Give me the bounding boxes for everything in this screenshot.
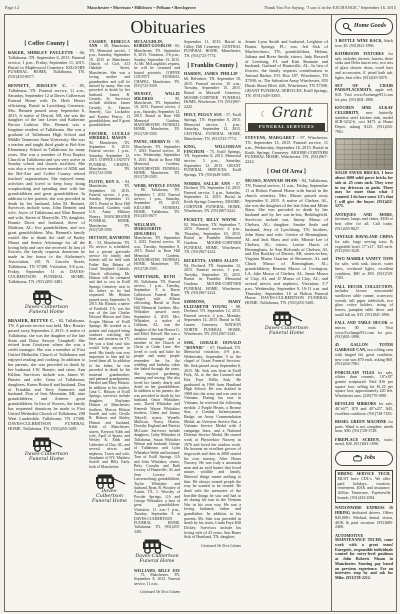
obituary-text: - 82, Winchester, TN. September 7, 2015.… — [184, 217, 241, 254]
obituary-text: - 92, Manchester, TN. September 8, 2015.… — [89, 136, 130, 175]
horse-drawn-hearse-illustration — [270, 310, 304, 326]
obituary-column-2: CASSIDY, REBECCA ANN - 68, Manchester, T… — [89, 40, 130, 609]
funeral-home-logo-caption: Funeral Home — [89, 499, 130, 504]
classified-ad: FIREPLACE SCREEN, rustic metal, $20. (93… — [335, 438, 393, 447]
obituary-entry: MUSSO, HANNAH SHAW - 84, Tullahoma, TN. … — [245, 179, 328, 306]
classified-ad: 45 GALLON TOTER GARBAGE CAN, two rolling… — [335, 343, 393, 367]
obituary-text: - 84, Tullahoma, TN. Funeral service, 11… — [245, 178, 328, 305]
classified-ad: TWO MARBLE VANITY TOPS for sale, with si… — [335, 257, 393, 281]
classified-ad-text: includes brown microsuede sunflower tabl… — [335, 288, 393, 317]
obituary-entry: September 11, 2015. Burial in Gilley Hil… — [184, 40, 241, 59]
obituary-name: WILLIAMS, BILLY JOE — [134, 569, 180, 573]
obituary-entry: WEBB, MYRTLE EVANS - 88, Tullahoma, TN. … — [134, 184, 180, 219]
swan-icon: ☾ — [260, 110, 267, 119]
obituary-entry: STEVENS, MARGARET - 97, Winchester, TN. … — [245, 136, 328, 165]
obituary-entry: Jennie Lynn Smith and husband, Leighton … — [245, 40, 328, 99]
classified-ad: PORCELAIN TILES for sale, whiter than ce… — [335, 371, 393, 399]
obituary-text: - 57, Estill Springs, TN. September 8, 2… — [184, 112, 241, 140]
grant-funeral-services-logo: ☾ GrantFUNERAL SERVICES — [245, 103, 328, 132]
obituary-text: - 75, Manchester, TN. September 8, 2015.… — [134, 573, 180, 586]
obituary-columns: [ Coffee County ]BAKER, SHIRLEY PAULETTE… — [8, 40, 328, 609]
funeral-home-logo-caption: Funeral Home — [8, 310, 85, 315]
classified-ad-text: for sale, with sink, faucet, water lines… — [335, 261, 393, 280]
obituaries-area: Obituaries [ Coffee County ]BAKER, SHIRL… — [5, 15, 331, 611]
obituary-text: - 90, Tullahoma, TN. Funeral service, 1 … — [134, 275, 180, 534]
obituary-text: - 86, Manchester, TN. September 3, 2015.… — [134, 232, 180, 271]
page-number: Page 12 — [5, 5, 19, 10]
obituary-entry: HITTSON, RAYMOND E. - 53, Manchester, TN… — [89, 236, 130, 469]
classified-ad: NATIONWIDE EXPRESS IS HIRING dedicated d… — [335, 506, 393, 530]
horse-drawn-hearse-illustration — [93, 473, 127, 489]
county-section-header: [ Out Of Area ] — [245, 169, 328, 176]
page-title: Obituaries — [8, 16, 328, 38]
obituary-text: Jennie Lynn Smith and husband, Leighton … — [245, 40, 328, 98]
classified-ad: HIRING SERVICE TECH, MUST have CDL's. We… — [335, 470, 393, 503]
obituary-entry: WHITTAKER, RUTH - 90, Tullahoma, TN. Fun… — [134, 275, 180, 534]
masthead-slogan: Thank You For Saying, "I saw it in the E… — [264, 5, 396, 10]
obituary-text: - 75, Estill Springs, TN. September 8, 2… — [184, 149, 241, 177]
obituary-entry: BENNETT, JEROLYN C. - 85, Tullahoma, TN.… — [8, 84, 85, 285]
content-frame: Obituaries [ Coffee County ]BAKER, SHIRL… — [4, 14, 397, 612]
obituary-name: PAYNE, SHERRY D. — [134, 140, 173, 144]
funeral-home-logo-caption: Funeral Home — [245, 331, 328, 336]
obituary-text: September 11, 2015. Burial in Gilley Hil… — [184, 40, 241, 58]
obituary-text: - 97, Winchester, TN. September 13, 2015… — [245, 135, 328, 164]
obituary-entry: KING, WILLODEAN FINCHUM - 75, Estill Spr… — [184, 145, 241, 177]
obituary-text: - 65, Manchester, TN. September 8, 2015.… — [134, 44, 180, 88]
classified-ad: SOLID PAVER BRICKS, I have about 1600 so… — [335, 138, 393, 209]
obituary-text: - 53, Manchester, TN. No service is sche… — [89, 241, 130, 469]
obituary-text: - 98, Manchester, TN. September 10, 2015… — [134, 97, 180, 136]
obituary-entry: WELLMAN, MARGUERITE (DOLORES) - 86, Manc… — [134, 223, 180, 271]
obituary-column-1: [ Coffee County ]BAKER, SHIRLEY PAULETTE… — [8, 40, 85, 609]
obituary-name: WEBB, MYRTLE EVANS — [134, 184, 180, 188]
daves-culbertson-logo: Daves-CulbertsonFuneral Home — [8, 436, 85, 462]
obituary-text: - 66, Belvidere, TN. September 10, 2015.… — [184, 71, 241, 108]
classified-ad: SET OF 4 CHAIR PADS/PLACEMATS, apple red… — [335, 84, 393, 103]
obituary-entry: BAKER, SHIRLEY PAULETTE - 66, Tullahoma,… — [8, 51, 85, 80]
classified-ad: 3 BOTTLE WINE RACK, black iron, $5. (931… — [335, 39, 393, 48]
obituary-name: WHITTAKER, RUTH — [134, 275, 179, 279]
county-section-header: [ Franklin County ] — [184, 63, 241, 70]
obituary-text: - 82, Tullahoma, TN. A private service w… — [8, 318, 85, 431]
briefcase-icon — [353, 454, 362, 462]
classified-ad-text: furniture, lamps and chairs, $100 or bes… — [335, 216, 393, 230]
paver-bricks-photo — [335, 138, 393, 170]
classified-ad-text: for sale, large serving trays & vegetabl… — [335, 239, 393, 253]
funeral-home-logo-caption: Daves-Culbertson — [89, 489, 130, 499]
classified-ad: BISSEL GREEN MACHINE for parts. Wand is … — [335, 420, 393, 434]
home-goods-label: Home Goods — [354, 23, 386, 30]
daves-culbertson-logo: Daves-CulbertsonFuneral Home — [245, 310, 328, 336]
obituary-text: - 59, Manchester, TN. September 7, 2015.… — [134, 140, 180, 179]
obituary-column-5: Jennie Lynn Smith and husband, Leighton … — [245, 40, 328, 609]
jobs-label: Jobs — [364, 455, 375, 462]
classified-ad: AUTOMOTIVE MAINTENANCE TECHS, come work … — [335, 534, 393, 581]
grant-logo-banner: FUNERAL SERVICES — [248, 123, 325, 131]
obituary-entry: CASSIDY, REBECCA ANN - 68, Manchester, T… — [89, 40, 130, 128]
obituary-text: - 85, Tullahoma, TN. Funeral service, 11… — [8, 83, 85, 284]
obituary-text: - 94, Manchester, TN. September 10, 2015… — [89, 180, 130, 232]
obituary-column-3: MCLAUGHLIN, ROBERT GOODLOE - 65, Manches… — [134, 40, 180, 609]
classified-ad-text: for sale, whiter than ceramic, 18"x18" g… — [335, 370, 393, 399]
masthead: Page 12 Manchester • Morrison • Hillsbor… — [5, 2, 396, 12]
daves-culbertson-logo: Daves-CulbertsonFuneral Home — [89, 473, 130, 505]
obituary-entry: FISCHER, LUCILLE SHERRILL MASON - 92, Ma… — [89, 132, 130, 176]
obituary-entry: MCLAUGHLIN, ROBERT GOODLOE - 65, Manches… — [134, 40, 180, 88]
classified-ad: VINTAGE HAVALAND CHINA for sale, large s… — [335, 235, 393, 254]
classified-ad: KITCHEN SINK ELKAY CELEBRITY, new butter… — [335, 106, 393, 134]
newspaper-page: Page 12 Manchester • Morrison • Hillsbor… — [0, 0, 400, 614]
continued-on-next-column-note: Continued On Next Column — [134, 590, 180, 594]
obituary-name: WELLMAN, MARGUERITE (DOLORES) — [134, 223, 165, 236]
classified-ad-text: I have about 1600 solid paver bricks for… — [335, 170, 393, 208]
daves-culbertson-logo: Daves-CulbertsonFuneral Home — [134, 538, 180, 564]
classified-ad: FALL DECOR COLLECTION, includes brown mi… — [335, 285, 393, 318]
obituary-entry: MUNSEY, WILLIE MILDRED - 98, Manchester,… — [134, 92, 180, 136]
classified-ad: BEVELED MIRRORS for sale, 46"x67", $70 a… — [335, 402, 393, 416]
obituary-name: FISCHER, LUCILLE SHERRILL MASON — [89, 132, 130, 140]
classified-ad-text: come work with a great team! Energetic, … — [335, 537, 393, 580]
classifieds-sidebar: Home Goods 3 BOTTLE WINE RACK, black iro… — [331, 15, 396, 611]
obituary-entry: NORRIS, SALLIE ANN - 87, Decherd, TN. Se… — [184, 182, 241, 214]
home-goods-ads: 3 BOTTLE WINE RACK, black iron, $5. (931… — [335, 39, 393, 447]
obituary-entry: HARDIN, JAMES PHILLIP - 66, Belvidere, T… — [184, 72, 241, 109]
funeral-home-logo-caption: Funeral Home — [134, 559, 180, 564]
obituary-text: - 88, Decherd, TN. September 12, 2015. F… — [184, 304, 241, 337]
classified-ad-text: MUST have CDL's. We offer paid holidays,… — [338, 476, 391, 500]
horse-drawn-hearse-illustration — [140, 538, 174, 554]
classified-ad-lead: AUTOMOTIVE MAINTENANCE TECHS, — [335, 533, 384, 543]
obituary-entry: BRASIER, BETTYE C. - 82, Tullahoma, TN. … — [8, 319, 85, 431]
obituary-text: - 87, Decherd, TN. September 10, 2015. F… — [184, 181, 241, 214]
obituary-name: FLOYD, ROY E. — [89, 180, 122, 184]
daves-culbertson-logo: Daves-CulbertsonFuneral Home — [8, 289, 85, 315]
jobs-badge: Jobs — [335, 451, 393, 466]
classified-ad: FALL AND TABLE DECOR or mirror, $5 each.… — [335, 321, 393, 340]
jobs-ads: HIRING SERVICE TECH, MUST have CDL's. We… — [335, 470, 393, 581]
obituary-text: - 66, Tullahoma, TN. September 6, 2015. … — [8, 50, 85, 79]
continued-on-next-column-note: Continued On Next Column — [184, 544, 241, 548]
obituary-entry: HOLT, PEGGY SUE - 57, Estill Springs, TN… — [184, 113, 241, 141]
obituary-entry: SISK, GERALD DONALD "DONNIE" - 67, Huntl… — [184, 341, 241, 540]
classified-ad-text: for sale, includes shower, faucets, thre… — [335, 51, 393, 80]
funeral-home-logo-caption: Funeral Home — [8, 457, 85, 462]
obituary-entry: PAYNE, SHERRY D. - 59, Manchester, TN. S… — [134, 140, 180, 180]
obituary-name: MCLAUGHLIN, ROBERT GOODLOE — [134, 40, 173, 48]
horse-drawn-hearse-illustration — [30, 436, 64, 452]
horse-drawn-hearse-illustration — [30, 289, 64, 305]
obituary-entry: PICKETT, BILLY WAYNE - 82, Winchester, T… — [184, 218, 241, 255]
classified-ad: BATHROOM FIXTURES for sale, includes sho… — [335, 52, 393, 80]
masthead-region: Manchester • Morrison • Hillsboro ~ Pelh… — [87, 5, 196, 10]
home-goods-badge: Home Goods — [335, 18, 393, 35]
obituary-column-4: September 11, 2015. Burial in Gilley Hil… — [184, 40, 241, 609]
classified-ad: ANTIQUES AND MORE, furniture, lamps and … — [335, 213, 393, 232]
obituary-entry: FLOYD, ROY E. - 94, Manchester, TN. Sept… — [89, 180, 130, 233]
county-section-header: [ Coffee County ] — [8, 41, 85, 48]
obituary-entry: WILLIAMS, BILLY JOE - 75, Manchester, TN… — [134, 569, 180, 587]
grant-logo-text: ☾ Grant — [248, 106, 325, 122]
obituary-text: - 94, Decherd, TN. September 12, 2015. F… — [184, 258, 241, 295]
magnifier-icon — [342, 22, 352, 32]
obituary-entry: RICKETTS, JAMES ALLEN - 94, Decherd, TN.… — [184, 259, 241, 296]
obituary-text: - 68, Manchester, TN. Memorial service, … — [89, 44, 130, 127]
obituary-entry: SIMMONS, MARY ELIZABETH YOUNG - 88, Dech… — [184, 300, 241, 337]
obituary-text: - 88, Tullahoma, TN. September 7, 2015. … — [134, 188, 180, 218]
obituary-text: - 67, Huntland, TN. Memorial visitation,… — [184, 345, 241, 540]
